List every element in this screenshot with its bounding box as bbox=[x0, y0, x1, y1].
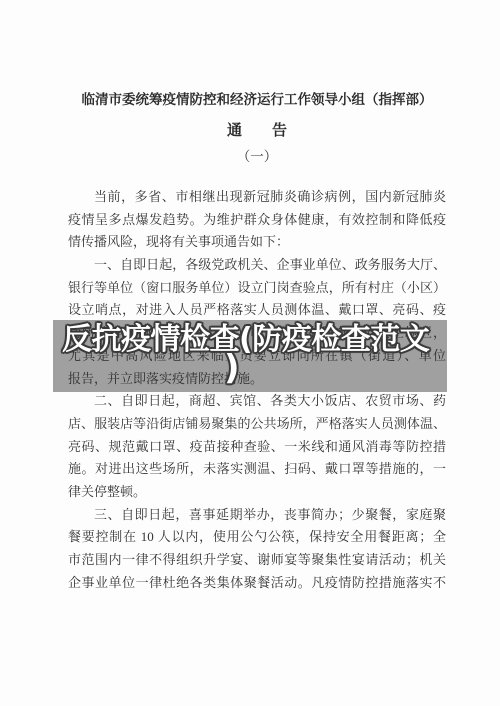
body-line: 店、服装店等沿街店铺易聚集的公共场所，严格落实人员测体温、 bbox=[68, 413, 446, 436]
body-line: 二、自即日起，商超、宾馆、各类大小饭店、农贸市场、药 bbox=[68, 390, 446, 413]
scanned-notice-page: 临清市委统筹疫情防控和经济运行工作领导小组（指挥部） 通 告 （一） 当前，多省… bbox=[0, 0, 500, 706]
body-line: 银行等单位（窗口服务单位）设立门岗查验点，所有村庄（小区） bbox=[68, 277, 446, 300]
notice-doc-type: 通 告 bbox=[68, 120, 446, 142]
body-line: 疫情呈多点爆发趋势。为维护群众身体健康，有效控制和降低疫 bbox=[68, 209, 446, 232]
body-line: 亮码、规范戴口罩、疫苗接种查验、一米线和通风消毒等防控措 bbox=[68, 436, 446, 459]
body-line: 三、自即日起，喜事延期举办，丧事简办；少聚餐，家庭聚 bbox=[68, 504, 446, 527]
body-line: 当前，多省、市相继出现新冠肺炎确诊病例，国内新冠肺炎 bbox=[68, 186, 446, 209]
body-line: 企事业单位一律杜绝各类集体聚餐活动。凡疫情防控措施落实不 bbox=[68, 572, 446, 595]
body-line: 情传播风险，现将有关事项通告如下： bbox=[68, 231, 446, 254]
body-line: 律关停整顿。 bbox=[68, 481, 446, 504]
body-line: 施。对进出这些场所，未落实测温、扫码、戴口罩等措施的，一 bbox=[68, 458, 446, 481]
body-line: 市范围内一律不得组织升学宴、谢师宴等聚集性宴请活动；机关 bbox=[68, 549, 446, 572]
notice-org-title: 临清市委统筹疫情防控和经济运行工作领导小组（指挥部） bbox=[68, 90, 446, 110]
watermark-title-line1: 反抗疫情检查(防疫检查范文 bbox=[62, 322, 429, 358]
body-line: 餐要控制在 10 人以内，使用公勺公筷，保持安全用餐距离；全 bbox=[68, 526, 446, 549]
body-line: 一、自即日起，各级党政机关、企事业单位、政务服务大厅、 bbox=[68, 254, 446, 277]
body-line: 设立哨点，对进入人员严格落实人员测体温、戴口罩、亮码、疫 bbox=[68, 299, 446, 322]
notice-issue-number: （一） bbox=[68, 147, 446, 167]
watermark-title-line2: ) bbox=[224, 344, 240, 392]
